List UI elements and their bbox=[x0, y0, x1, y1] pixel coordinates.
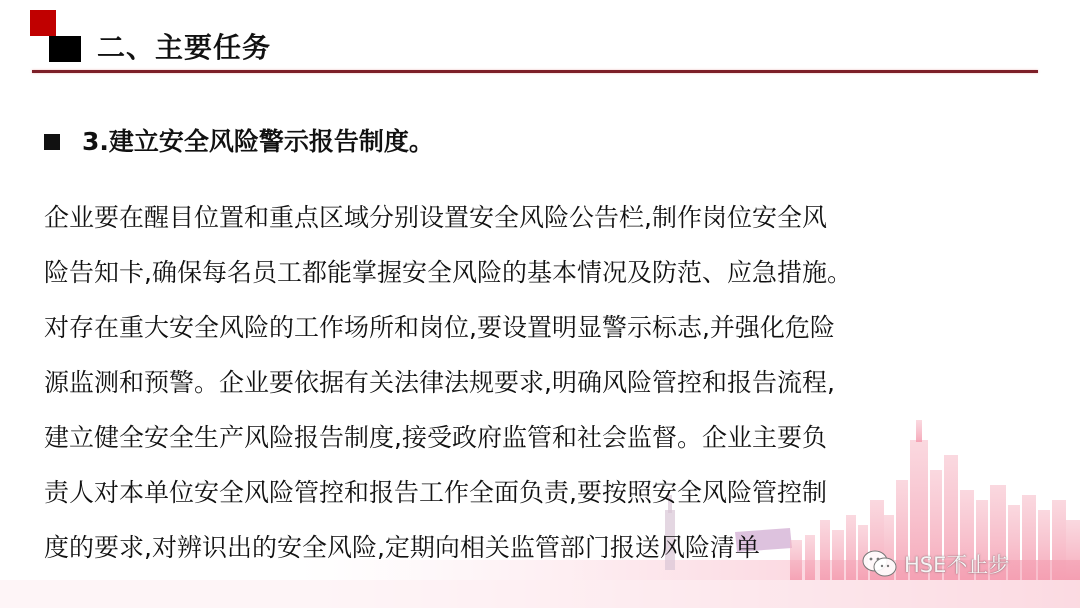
watermark-text: HSE不止步 bbox=[904, 549, 1009, 579]
body-line: 对存在重大安全风险的工作场所和岗位,要设置明显警示标志,并强化危险 bbox=[44, 300, 1044, 355]
bullet-square-icon bbox=[44, 134, 60, 150]
decorative-black-square bbox=[49, 36, 81, 62]
body-line: 源监测和预警。企业要依据有关法律法规要求,明确风险管控和报告流程, bbox=[44, 355, 1044, 410]
section-title: 二、主要任务 bbox=[97, 28, 271, 68]
slide: 二、主要任务 bbox=[0, 0, 1080, 608]
watermark: HSE不止步 bbox=[860, 548, 1009, 580]
body-line: 险告知卡,确保每名员工都能掌握安全风险的基本情况及防范、应急措施。 bbox=[44, 245, 1044, 300]
body-line: 建立健全安全生产风险报告制度,接受政府监管和社会监督。企业主要负 bbox=[44, 410, 1044, 465]
wechat-icon bbox=[860, 548, 900, 580]
subheading-text: 3.建立安全风险警示报告制度。 bbox=[82, 122, 434, 162]
body-paragraph: 企业要在醒目位置和重点区域分别设置安全风险公告栏,制作岗位安全风 险告知卡,确保… bbox=[44, 190, 1044, 575]
body-line: 企业要在醒目位置和重点区域分别设置安全风险公告栏,制作岗位安全风 bbox=[44, 190, 1044, 245]
title-divider bbox=[32, 70, 1038, 73]
decorative-red-square bbox=[30, 10, 56, 36]
subheading: 3.建立安全风险警示报告制度。 bbox=[44, 122, 434, 162]
body-line: 责人对本单位安全风险管控和报告工作全面负责,要按照安全风险管控制 bbox=[44, 465, 1044, 520]
